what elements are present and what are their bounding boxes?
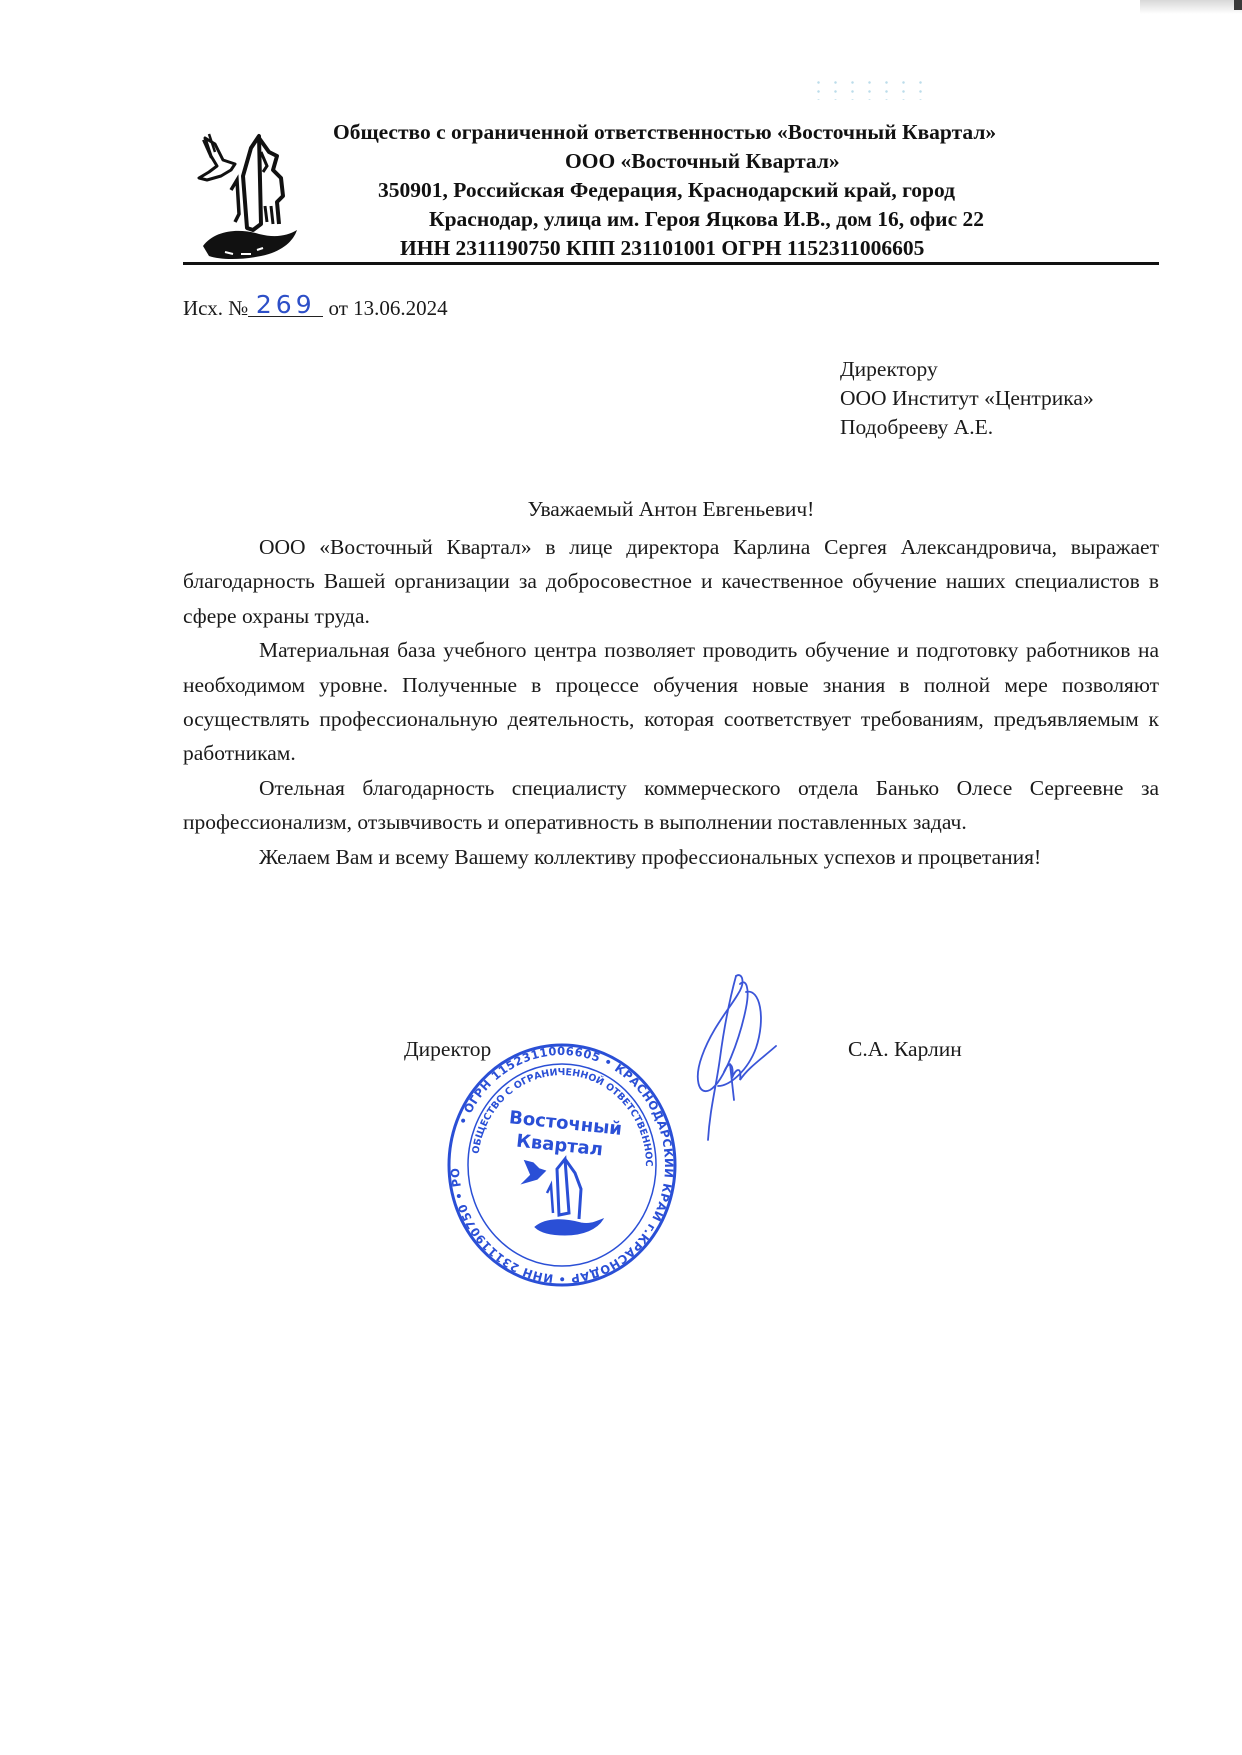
salutation: Уважаемый Антон Евгеньевич! [183, 497, 1159, 522]
scan-noise [810, 78, 930, 100]
scan-edge-shadow [1140, 0, 1242, 14]
org-full-name: Общество с ограниченной ответственностью… [333, 118, 996, 147]
letter-body: ООО «Восточный Квартал» в лице директора… [183, 530, 1159, 874]
org-short-name: ООО «Восточный Квартал» [565, 147, 840, 176]
outgoing-reference: Исх. №269 от 13.06.2024 [183, 296, 448, 321]
paragraph-training-base: Материальная база учебного центра позвол… [183, 633, 1159, 771]
letterhead-divider [183, 262, 1159, 265]
org-address-line1: 350901, Российская Федерация, Краснодарс… [378, 176, 955, 205]
dove-and-buildings-logo-icon [195, 126, 300, 262]
stamp-logo-icon [523, 1159, 603, 1235]
addressee-name: Подобрееву А.Е. [840, 413, 1094, 442]
reference-date: от 13.06.2024 [323, 296, 447, 320]
signatory-name: С.А. Карлин [848, 1037, 962, 1062]
addressee-organization: ООО Институт «Центрика» [840, 384, 1094, 413]
handwritten-signature-icon [690, 968, 790, 1148]
addressee-block: Директору ООО Институт «Центрика» Подобр… [840, 355, 1094, 442]
scan-edge-mark [1234, 0, 1242, 10]
org-registration-numbers: ИНН 2311190750 КПП 231101001 ОГРН 115231… [400, 234, 924, 263]
letterhead: Общество с ограниченной ответственностью… [183, 118, 1159, 266]
org-address-line2: Краснодар, улица им. Героя Яцкова И.В., … [429, 205, 984, 234]
paragraph-specialist-thanks: Отельная благодарность специалисту комме… [183, 771, 1159, 840]
reference-prefix: Исх. № [183, 296, 248, 320]
reference-number-handwritten: 269 [248, 294, 323, 317]
paragraph-gratitude: ООО «Восточный Квартал» в лице директора… [183, 530, 1159, 633]
company-seal-stamp: • ОГРН 1152311006605 • КРАСНОДАРСКИЙ КРА… [447, 1043, 677, 1288]
addressee-position: Директору [840, 355, 1094, 384]
paragraph-wishes: Желаем Вам и всему Вашему коллективу про… [183, 840, 1159, 874]
